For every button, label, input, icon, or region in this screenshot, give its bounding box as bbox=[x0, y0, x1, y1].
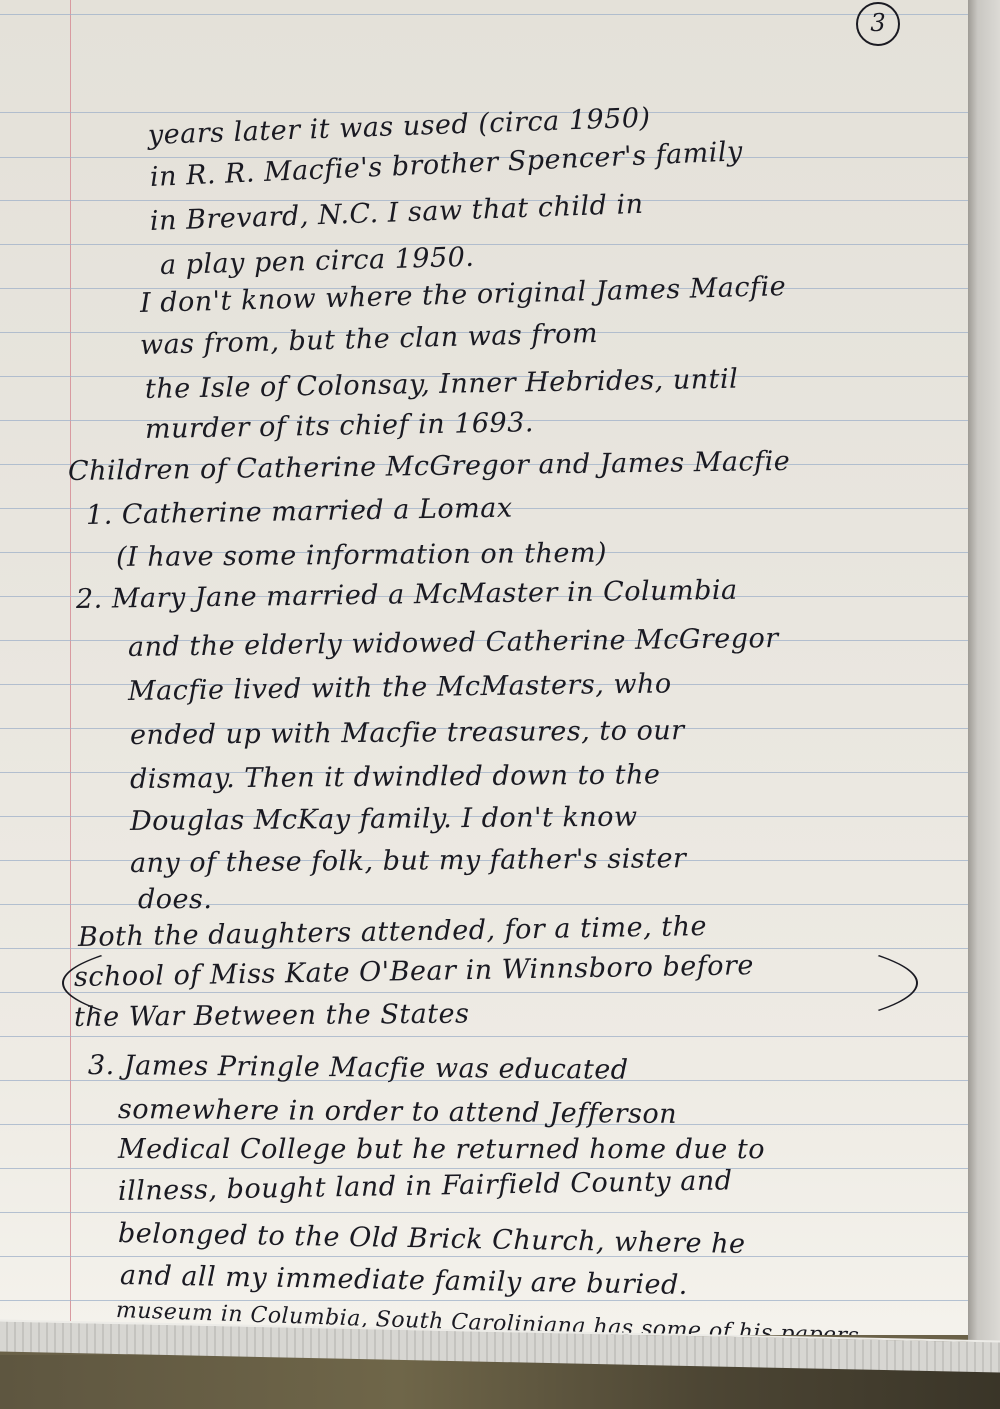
text-line: somewhere in order to attend Jefferson bbox=[118, 1094, 677, 1130]
text-line: Douglas McKay family. I don't know bbox=[130, 802, 638, 837]
rule-line bbox=[0, 244, 968, 245]
text-line: Medical College but he returned home due… bbox=[118, 1134, 765, 1165]
text-line: and all my immediate family are buried. bbox=[120, 1260, 688, 1301]
list-item-3: 3. James Pringle Macfie was educated bbox=[88, 1050, 629, 1086]
text-line: belonged to the Old Brick Church, where … bbox=[118, 1218, 746, 1260]
list-item-1-note: (I have some information on them) bbox=[116, 538, 607, 573]
sheet-edge bbox=[968, 0, 1000, 1409]
text-line: in Brevard, N.C. I saw that child in bbox=[149, 189, 643, 237]
text-line: a play pen circa 1950. bbox=[160, 242, 475, 281]
text-line: and the elderly widowed Catherine McGreg… bbox=[128, 623, 779, 663]
rule-line bbox=[0, 1256, 968, 1257]
text-line: was from, but the clan was from bbox=[140, 318, 599, 361]
list-item-1: 1. Catherine married a Lomax bbox=[86, 493, 513, 531]
list-item-2: 2. Mary Jane married a McMaster in Colum… bbox=[76, 575, 738, 615]
text-line: ended up with Macfie treasures, to our bbox=[130, 715, 685, 751]
text-line: dismay. Then it dwindled down to the bbox=[130, 759, 661, 795]
text-line: does. bbox=[138, 884, 212, 915]
text-line: Macfie lived with the McMasters, who bbox=[128, 668, 672, 707]
text-line: any of these folk, but my father's siste… bbox=[130, 843, 687, 879]
rule-line bbox=[0, 1212, 968, 1213]
text-line: murder of its chief in 1693. bbox=[145, 407, 534, 445]
text-line: the Isle of Colonsay, Inner Hebrides, un… bbox=[145, 364, 739, 405]
parenthetical-line: the War Between the States bbox=[74, 999, 470, 1033]
notebook-page: 3 years later it was used (circa 1950) i… bbox=[0, 0, 968, 1335]
section-heading: Children of Catherine McGregor and James… bbox=[68, 446, 791, 487]
text-line: illness, bought land in Fairfield County… bbox=[118, 1165, 733, 1207]
rule-line bbox=[0, 14, 968, 15]
page-number: 3 bbox=[856, 2, 900, 46]
